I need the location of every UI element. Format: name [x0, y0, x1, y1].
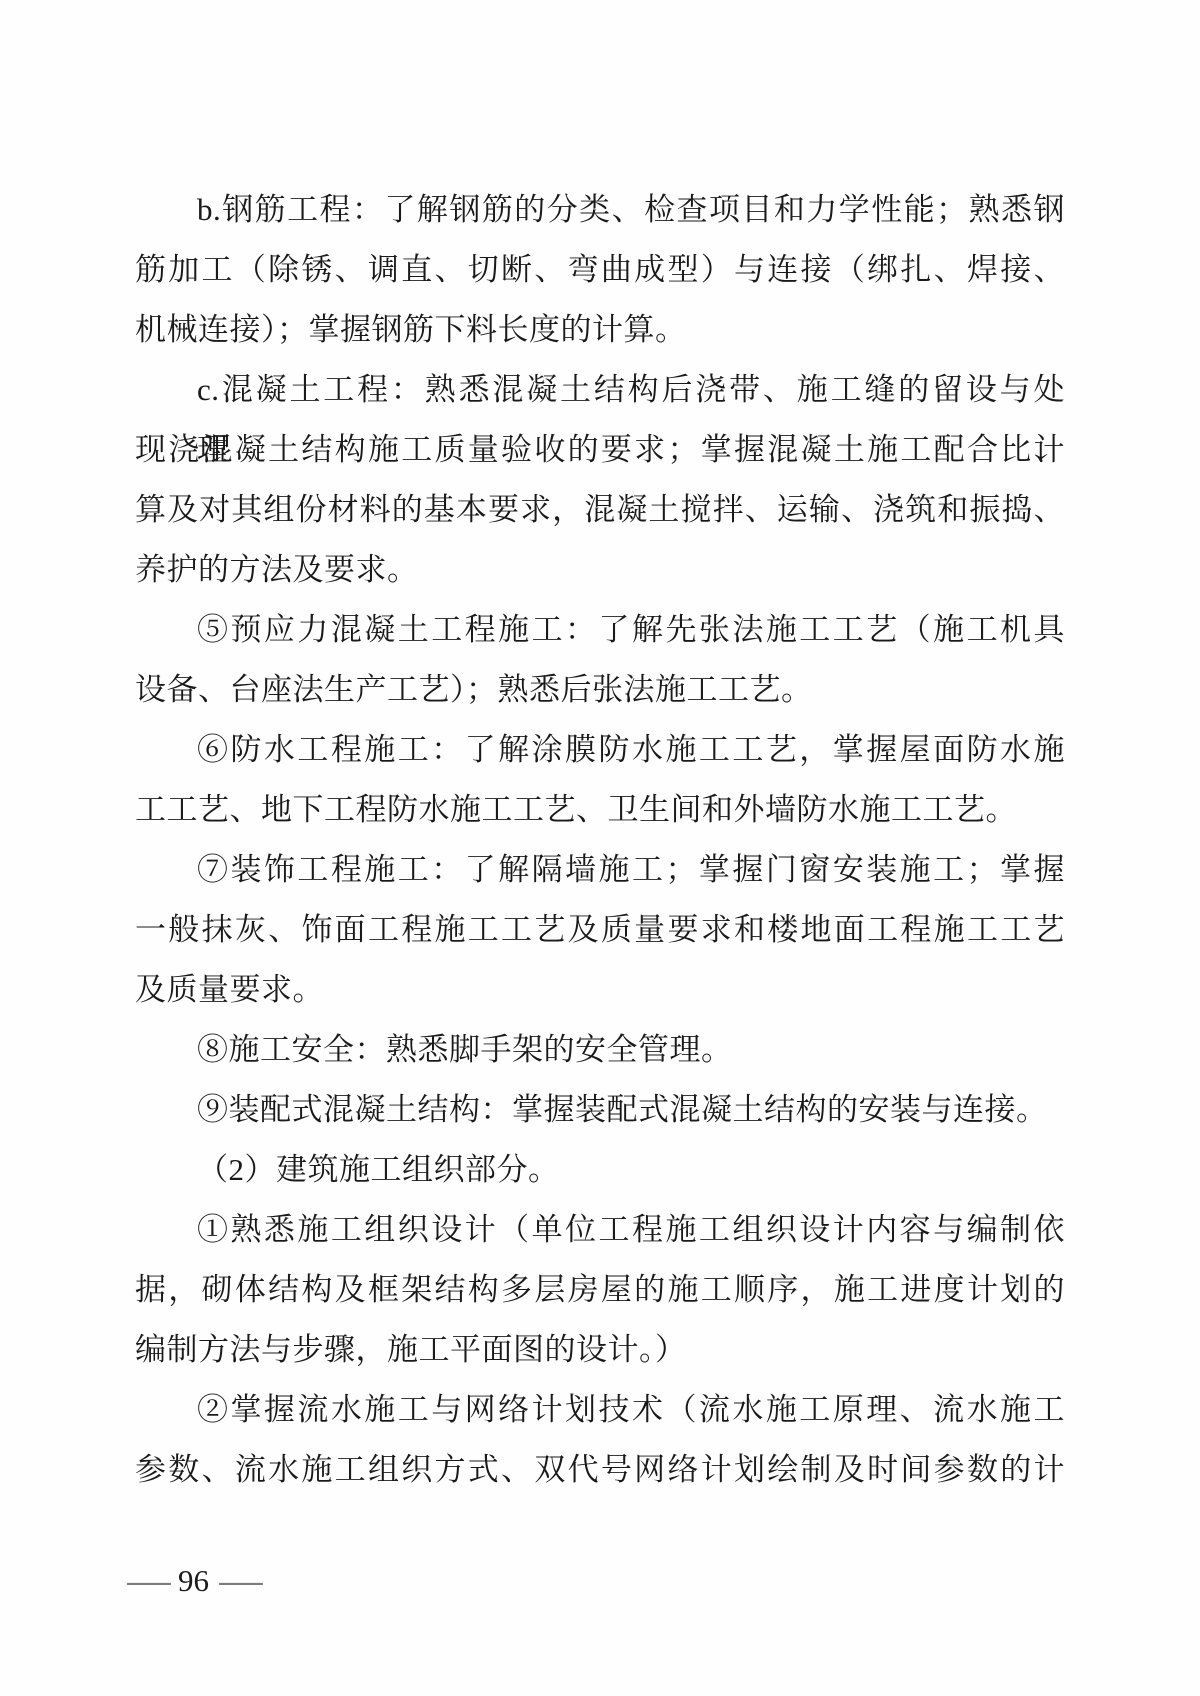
text-line: ⑤预应力混凝土工程施工：了解先张法施工工艺（施工机具 — [135, 600, 1065, 660]
page-number: 96 — [172, 1565, 215, 1596]
text-line: 养护的方法及要求。 — [135, 540, 1065, 600]
paragraph: ⑧施工安全：熟悉脚手架的安全管理。 — [135, 1020, 1065, 1080]
text-line: 筋加工（除锈、调直、切断、弯曲成型）与连接（绑扎、焊接、 — [135, 240, 1065, 300]
text-line: （2）建筑施工组织部分。 — [135, 1140, 1065, 1200]
paragraph: b.钢筋工程：了解钢筋的分类、检查项目和力学性能；熟悉钢筋加工（除锈、调直、切断… — [135, 180, 1065, 360]
text-line: 机械连接）；掌握钢筋下料长度的计算。 — [135, 300, 1065, 360]
paragraph: ⑨装配式混凝土结构：掌握装配式混凝土结构的安装与连接。 — [135, 1080, 1065, 1140]
paragraph: （2）建筑施工组织部分。 — [135, 1140, 1065, 1200]
paragraph: ②掌握流水施工与网络计划技术（流水施工原理、流水施工参数、流水施工组织方式、双代… — [135, 1380, 1065, 1500]
text-line: ⑨装配式混凝土结构：掌握装配式混凝土结构的安装与连接。 — [135, 1080, 1065, 1140]
text-line: 及质量要求。 — [135, 960, 1065, 1020]
text-line: 据，砌体结构及框架结构多层房屋的施工顺序，施工进度计划的 — [135, 1260, 1065, 1320]
text-line: 编制方法与步骤，施工平面图的设计。） — [135, 1320, 1065, 1380]
text-line: c.混凝土工程：熟悉混凝土结构后浇带、施工缝的留设与处理、 — [135, 360, 1065, 420]
text-line: b.钢筋工程：了解钢筋的分类、检查项目和力学性能；熟悉钢 — [135, 180, 1065, 240]
paragraph: ⑥防水工程施工：了解涂膜防水施工工艺，掌握屋面防水施工工艺、地下工程防水施工工艺… — [135, 720, 1065, 840]
text-line: ⑧施工安全：熟悉脚手架的安全管理。 — [135, 1020, 1065, 1080]
text-line: ⑥防水工程施工：了解涂膜防水施工工艺，掌握屋面防水施 — [135, 720, 1065, 780]
text-line: ②掌握流水施工与网络计划技术（流水施工原理、流水施工 — [135, 1380, 1065, 1440]
text-line: 工工艺、地下工程防水施工工艺、卫生间和外墙防水施工工艺。 — [135, 780, 1065, 840]
text-line: 算及对其组份材料的基本要求，混凝土搅拌、运输、浇筑和振捣、 — [135, 480, 1065, 540]
paragraph: c.混凝土工程：熟悉混凝土结构后浇带、施工缝的留设与处理、现浇混凝土结构施工质量… — [135, 360, 1065, 600]
document-body: b.钢筋工程：了解钢筋的分类、检查项目和力学性能；熟悉钢筋加工（除锈、调直、切断… — [135, 180, 1065, 1500]
text-line: ①熟悉施工组织设计（单位工程施工组织设计内容与编制依 — [135, 1200, 1065, 1260]
page-footer: — 96 — — [133, 1556, 254, 1604]
paragraph: ①熟悉施工组织设计（单位工程施工组织设计内容与编制依据，砌体结构及框架结构多层房… — [135, 1200, 1065, 1380]
paragraph: ⑤预应力混凝土工程施工：了解先张法施工工艺（施工机具设备、台座法生产工艺）；熟悉… — [135, 600, 1065, 720]
document-page: b.钢筋工程：了解钢筋的分类、检查项目和力学性能；熟悉钢筋加工（除锈、调直、切断… — [0, 0, 1200, 1696]
text-line: 现浇混凝土结构施工质量验收的要求；掌握混凝土施工配合比计 — [135, 420, 1065, 480]
text-line: 参数、流水施工组织方式、双代号网络计划绘制及时间参数的计 — [135, 1440, 1065, 1500]
text-line: 一般抹灰、饰面工程施工工艺及质量要求和楼地面工程施工工艺 — [135, 900, 1065, 960]
footer-dash-right: — — [219, 1565, 260, 1596]
text-line: ⑦装饰工程施工：了解隔墙施工；掌握门窗安装施工；掌握 — [135, 840, 1065, 900]
footer-dash-left: — — [127, 1565, 168, 1596]
text-line: 设备、台座法生产工艺）；熟悉后张法施工工艺。 — [135, 660, 1065, 720]
paragraph: ⑦装饰工程施工：了解隔墙施工；掌握门窗安装施工；掌握一般抹灰、饰面工程施工工艺及… — [135, 840, 1065, 1020]
